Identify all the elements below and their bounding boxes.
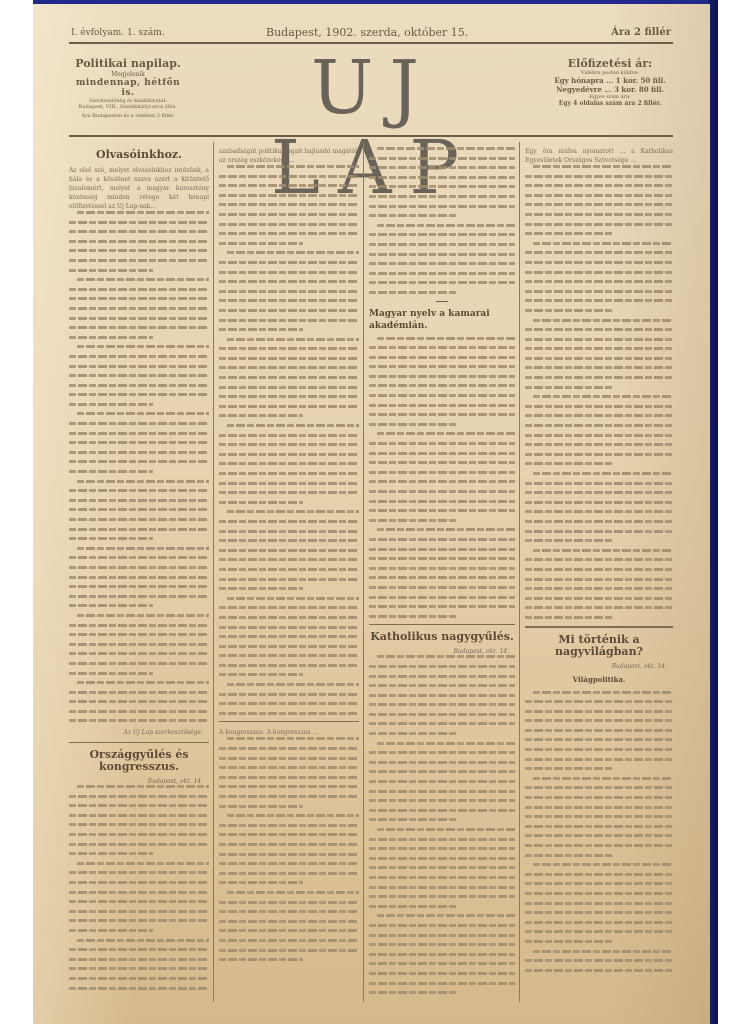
text-line: [525, 597, 673, 600]
text-line: [525, 892, 673, 895]
text-line: [219, 194, 359, 197]
text-line: [69, 977, 209, 980]
text-line: [219, 443, 359, 446]
text-line: [525, 462, 614, 465]
text-line: [525, 767, 614, 770]
text-line: [533, 242, 673, 245]
text-line: [227, 251, 359, 254]
article-dateline: Budapest, okt. 14.: [69, 778, 209, 785]
text-line: [369, 519, 457, 522]
text-line: [369, 214, 457, 217]
text-line: [369, 943, 515, 946]
text-line: [219, 853, 359, 856]
text-line: [77, 211, 209, 214]
text-line: [525, 616, 614, 619]
article-body: [369, 655, 515, 994]
text-line: [377, 914, 515, 917]
text-line: [369, 500, 515, 503]
text-line: [525, 251, 673, 254]
text-line: [219, 242, 303, 245]
text-line: [69, 843, 209, 846]
text-line: [533, 549, 673, 552]
text-line: [525, 959, 673, 962]
text-line: [69, 451, 209, 454]
text-line: [369, 176, 515, 179]
text-line: [69, 297, 209, 300]
text-line: [369, 847, 515, 850]
text-line: [77, 681, 209, 684]
subscription-info: Előfizetési ár: Vidékre postán küldve: E…: [545, 57, 675, 107]
text-line: [219, 280, 359, 283]
text-line: [219, 203, 359, 206]
text-line: [69, 365, 209, 368]
text-line: [219, 357, 359, 360]
text-line: [533, 472, 673, 475]
column-rule: [213, 142, 214, 1002]
text-line: [377, 742, 515, 745]
text-line: [69, 528, 209, 531]
text-line: [525, 758, 673, 761]
text-line: [219, 491, 359, 494]
text-line: [69, 814, 209, 817]
text-line: [219, 539, 359, 542]
text-line: [369, 394, 515, 397]
article-body: [369, 337, 515, 618]
text-line: [377, 224, 515, 227]
text-line: [525, 232, 614, 235]
text-line: [77, 412, 209, 415]
text-line: [69, 585, 209, 588]
text-line: [369, 596, 515, 599]
text-line: [69, 269, 153, 272]
text-line: [69, 652, 209, 655]
text-line: [369, 375, 515, 378]
text-line: [219, 824, 359, 827]
text-line: [525, 815, 673, 818]
info-line: Budapest, VIII., Szentkirályi-utca 28/a.: [73, 104, 183, 110]
text-line: [369, 953, 515, 956]
text-line: [525, 434, 673, 437]
text-line: [369, 838, 515, 841]
text-line: [525, 290, 673, 293]
text-line: [69, 566, 209, 569]
text-line: [219, 472, 359, 475]
text-line: [369, 291, 457, 294]
text-line: [525, 424, 673, 427]
text-line: [377, 337, 515, 340]
text-line: [227, 737, 359, 740]
text-line: [533, 863, 673, 866]
text-line: [69, 470, 153, 473]
text-line: [369, 809, 515, 812]
info-line: mindennap, hétfőn is.: [73, 78, 183, 98]
text-line: [69, 910, 209, 913]
text-line: [219, 568, 359, 571]
text-line: [219, 766, 359, 769]
text-line: [525, 213, 673, 216]
text-line: [69, 624, 209, 627]
text-line: [525, 825, 673, 828]
text-line: [369, 586, 515, 589]
text-line: [69, 795, 209, 798]
text-line: [227, 338, 359, 341]
text-line: [227, 424, 359, 427]
text-line: [369, 924, 515, 927]
text-line: [69, 576, 209, 579]
text-line: [69, 230, 209, 233]
text-line: [369, 665, 515, 668]
text-line: [369, 876, 515, 879]
text-line: [533, 165, 673, 168]
text-line: [69, 556, 209, 559]
text-line: [77, 480, 209, 483]
text-line: [69, 499, 209, 502]
text-line: [525, 530, 673, 533]
text-line: [369, 452, 515, 455]
text-line: [369, 713, 515, 716]
article-dateline: Budapest, okt. 14.: [525, 663, 673, 670]
text-line: [369, 480, 515, 483]
text-line: [69, 508, 209, 511]
text-line: [369, 253, 515, 256]
text-line: [369, 243, 515, 246]
text-line: [219, 910, 359, 913]
text-line: [369, 780, 515, 783]
text-line: [77, 785, 209, 788]
text-line: [533, 395, 673, 398]
article-body: [369, 147, 515, 294]
text-line: [219, 635, 359, 638]
text-line: [69, 374, 209, 377]
text-line: [525, 606, 673, 609]
text-line: [369, 423, 457, 426]
info-line: Megjelenik: [73, 71, 183, 78]
text-line: [69, 643, 209, 646]
text-line: [369, 982, 515, 985]
text-line: [525, 969, 673, 972]
text-line: [69, 948, 209, 951]
text-line: [369, 962, 515, 965]
text-line: [69, 384, 209, 387]
text-line: [369, 205, 515, 208]
header-rule: [69, 42, 673, 44]
price-row: Egy hónapra ... 1 kor. 50 fill.: [545, 76, 675, 85]
text-line: [369, 384, 515, 387]
text-line: [525, 482, 673, 485]
text-line: [219, 901, 359, 904]
headline: Magyar nyelv a kamarai akadémián.: [369, 308, 515, 332]
text-line: [525, 911, 673, 914]
text-line: [69, 719, 209, 722]
text-line: [525, 405, 673, 408]
text-line: [525, 786, 673, 789]
text-line: [219, 213, 359, 216]
text-line: [369, 490, 515, 493]
text-line: [525, 510, 673, 513]
text-line: [369, 356, 515, 359]
headline: Olvasóinkhoz.: [69, 149, 209, 161]
column-3: Magyar nyelv a kamarai akadémián. Kathol…: [369, 139, 515, 1001]
text-line: [525, 453, 673, 456]
text-line: [369, 895, 515, 898]
text-line: [525, 328, 673, 331]
article-body: [525, 691, 673, 972]
text-line: [69, 871, 209, 874]
text-line: [369, 281, 515, 284]
publication-info: Politikai napilap. Megjelenik mindennap,…: [73, 57, 183, 119]
text-line: [525, 834, 673, 837]
column-4: Egy óra múlva nyomatott ... a Katholikus…: [525, 139, 673, 978]
subheadline: Világpolitika.: [525, 674, 673, 686]
text-line: [525, 796, 673, 799]
text-line: [525, 443, 673, 446]
text-line: [219, 462, 359, 465]
article-separator: [369, 624, 515, 625]
text-line: [369, 615, 457, 618]
text-line: [525, 902, 673, 905]
text-line: [69, 691, 209, 694]
text-line: [69, 900, 209, 903]
text-line: [369, 471, 515, 474]
text-line: [69, 326, 209, 329]
text-line: [377, 147, 515, 150]
text-line: [77, 862, 209, 865]
text-line: [219, 626, 359, 629]
text-line: [219, 347, 359, 350]
column-2: szabadságát politikai jogait hajlandó ma…: [219, 139, 359, 968]
text-line: [219, 319, 359, 322]
text-line: [69, 355, 209, 358]
text-line: [69, 249, 209, 252]
text-line: [219, 558, 359, 561]
text-line: [219, 881, 303, 884]
text-line: [377, 528, 515, 531]
column-1: Olvasóinkhoz. Az első szó, melyet olvasó…: [69, 139, 209, 996]
text-line: [369, 166, 515, 169]
text-line: [219, 712, 359, 715]
text-line: [533, 319, 673, 322]
text-line: [69, 595, 209, 598]
column-rule: [363, 142, 364, 1002]
price-row: Negyedévre ... 3 kor. 80 fill.: [545, 85, 675, 94]
article-text: szabadságát politikai jogait hajlandó ma…: [219, 147, 359, 165]
text-line: [227, 597, 359, 600]
text-line: [69, 393, 209, 396]
text-line: [219, 501, 303, 504]
text-line: [69, 929, 153, 932]
text-line: [525, 873, 673, 876]
text-line: [69, 403, 153, 406]
text-line: [369, 694, 515, 697]
volume-issue: I. évfolyam. 1. szám.: [71, 28, 165, 38]
text-line: [369, 461, 515, 464]
text-line: [369, 770, 515, 773]
text-line: [69, 240, 209, 243]
text-line: [77, 345, 209, 348]
text-line: [69, 852, 153, 855]
text-line: [525, 738, 673, 741]
text-line: [69, 633, 209, 636]
text-line: [525, 539, 614, 542]
text-line: [525, 366, 673, 369]
text-line: [219, 776, 359, 779]
text-line: [69, 823, 209, 826]
text-line: [369, 557, 515, 560]
price-row: Egy 4 oldalas szám ára 2 fillér.: [545, 100, 675, 107]
text-line: [525, 223, 673, 226]
text-line: [369, 509, 515, 512]
text-line: [369, 538, 515, 541]
text-line: [369, 799, 515, 802]
text-line: [77, 939, 209, 942]
text-line: [525, 748, 673, 751]
text-line: [219, 795, 359, 798]
text-line: [369, 818, 457, 821]
text-line: [219, 785, 359, 788]
article-body: [69, 785, 209, 989]
text-line: [369, 934, 515, 937]
issue-header: I. évfolyam. 1. szám. Budapest, 1902. sz…: [71, 26, 671, 42]
text-line: [69, 804, 209, 807]
newspaper-page: I. évfolyam. 1. szám. Budapest, 1902. sz…: [33, 4, 710, 1024]
text-line: [525, 806, 673, 809]
text-line: [69, 259, 209, 262]
text-line: [525, 854, 614, 857]
text-line: [69, 891, 209, 894]
text-line: [219, 434, 359, 437]
text-line: [219, 530, 359, 533]
signature: Az Uj Lap szerkesztősége.: [69, 729, 209, 736]
article-body: [525, 165, 673, 619]
text-line: [525, 520, 673, 523]
article-separator: [69, 742, 209, 743]
text-line: [525, 568, 673, 571]
text-line: [525, 203, 673, 206]
text-line: [369, 857, 515, 860]
text-line: [219, 366, 359, 369]
text-line: [525, 930, 673, 933]
text-line: [377, 655, 515, 658]
text-line: [219, 453, 359, 456]
text-line: [219, 232, 359, 235]
info-line: Ára Budapesten és a vidéken 2 fillér.: [73, 113, 183, 119]
text-line: [525, 501, 673, 504]
text-line: [525, 719, 673, 722]
text-line: [219, 757, 359, 760]
text-line: [525, 710, 673, 713]
text-line: [525, 386, 614, 389]
section-dash: [436, 301, 448, 302]
text-line: [219, 405, 359, 408]
text-line: [219, 520, 359, 523]
text-line: [533, 950, 673, 953]
text-line: [77, 278, 209, 281]
text-line: [525, 882, 673, 885]
text-line: [227, 165, 359, 168]
text-line: [219, 929, 359, 932]
price: Ára 2 fillér: [611, 27, 671, 38]
text-line: [69, 967, 209, 970]
subscription-heading: Előfizetési ár:: [545, 57, 675, 70]
column-rule: [519, 142, 520, 1002]
text-line: [219, 261, 359, 264]
text-line: [69, 700, 209, 703]
text-line: [369, 703, 515, 706]
masthead-rule: [69, 135, 673, 137]
text-line: [219, 328, 303, 331]
text-line: [369, 675, 515, 678]
text-line: [369, 972, 515, 975]
text-line: [525, 280, 673, 283]
text-line: [369, 195, 515, 198]
text-line: [369, 905, 457, 908]
text-line: [525, 376, 673, 379]
text-line: [219, 673, 303, 676]
text-line: [525, 921, 673, 924]
text-line: [219, 862, 359, 865]
text-line: [525, 357, 673, 360]
text-line: [219, 645, 359, 648]
text-line: [69, 662, 209, 665]
subtitle: Politikai napilap.: [73, 57, 183, 70]
text-line: [219, 920, 359, 923]
text-line: [69, 604, 153, 607]
text-line: [227, 814, 359, 817]
text-line: [227, 891, 359, 894]
text-line: [369, 442, 515, 445]
text-line: [69, 441, 209, 444]
text-line: [219, 958, 303, 961]
text-line: [69, 307, 209, 310]
text-line: [525, 309, 614, 312]
text-line: [219, 616, 359, 619]
text-line: [369, 413, 515, 416]
text-line: [69, 422, 209, 425]
text-line: [69, 881, 209, 884]
text-line: [369, 886, 515, 889]
text-line: [69, 710, 209, 713]
text-line: [369, 272, 515, 275]
text-line: [69, 288, 209, 291]
text-line: [219, 309, 359, 312]
text-line: [369, 365, 515, 368]
text-line: [69, 958, 209, 961]
text-line: [369, 761, 515, 764]
text-line: [525, 175, 673, 178]
text-line: [369, 346, 515, 349]
text-line: [219, 395, 359, 398]
headline: Mi történik a nagyvilágban?: [525, 634, 673, 658]
text-line: [377, 828, 515, 831]
text-line: [219, 175, 359, 178]
text-line: [77, 547, 209, 550]
text-line: [219, 654, 359, 657]
text-line: [69, 537, 153, 540]
text-line: [69, 460, 209, 463]
text-line: [525, 338, 673, 341]
text-line: [69, 336, 153, 339]
text-line: [219, 271, 359, 274]
article-text: Egy óra múlva nyomatott ... a Katholikus…: [525, 147, 673, 165]
text-line: [369, 233, 515, 236]
text-line: [219, 386, 359, 389]
article-separator: [219, 721, 359, 722]
text-line: [533, 691, 673, 694]
text-line: [525, 299, 673, 302]
text-line: [219, 747, 359, 750]
text-line: [219, 664, 359, 667]
text-line: [525, 729, 673, 732]
